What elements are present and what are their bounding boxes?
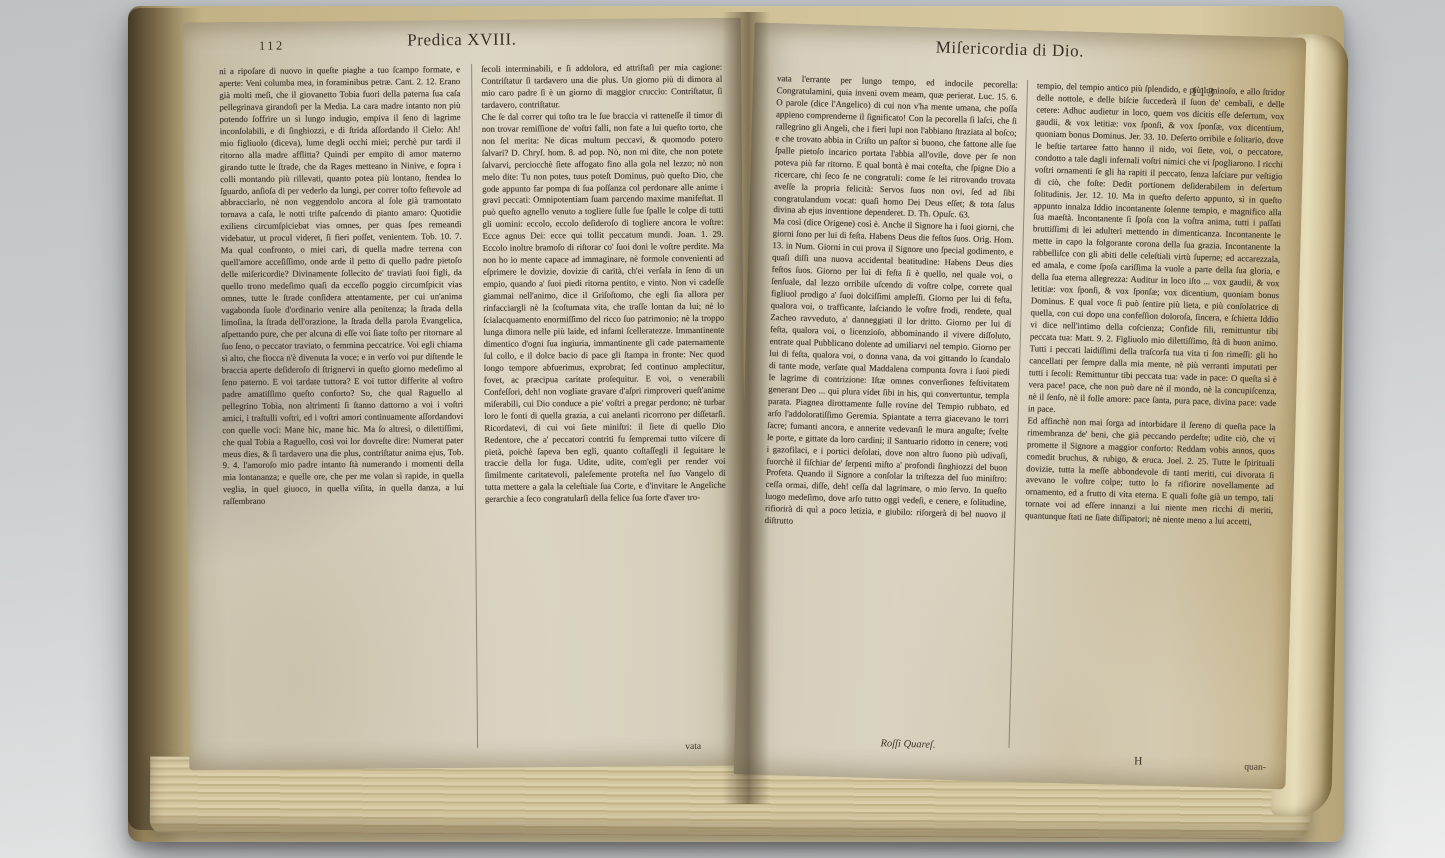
left-page-catchword: vata: [685, 742, 701, 752]
left-page-number: 112: [259, 39, 285, 54]
right-page-column-1: vata l'errante per lungo tempo, ed indoc…: [759, 73, 1018, 739]
right-page-column-2: tempio, del tempio antico più ſplendido,…: [1019, 80, 1285, 747]
right-running-title: Miſericordia di Dio.: [754, 32, 1306, 67]
left-page-column-2: ſecoli interminabili, e ſi addolora, ed …: [481, 62, 728, 742]
gathering-letter: H: [1134, 755, 1144, 767]
printer-signature-mark: Roſſi Quareſ.: [880, 738, 935, 751]
left-page-column-1: ni a ripoſare di nuovo in queſte piaghe …: [219, 64, 466, 744]
left-page-header: 112 Predica XVIII.: [183, 28, 741, 61]
right-page: Miſericordia di Dio. 113 vata l'errante …: [734, 22, 1307, 789]
left-page: 112 Predica XVIII. ni a ripoſare di nuov…: [183, 18, 748, 771]
photo-open-antique-book: 112 Predica XVIII. ni a ripoſare di nuov…: [0, 0, 1445, 858]
left-column-divider: [471, 64, 478, 748]
right-page-catchword: quan-: [1244, 762, 1266, 773]
right-page-header: Miſericordia di Dio. 113: [754, 32, 1307, 75]
book-gutter-shadow: [722, 12, 770, 804]
